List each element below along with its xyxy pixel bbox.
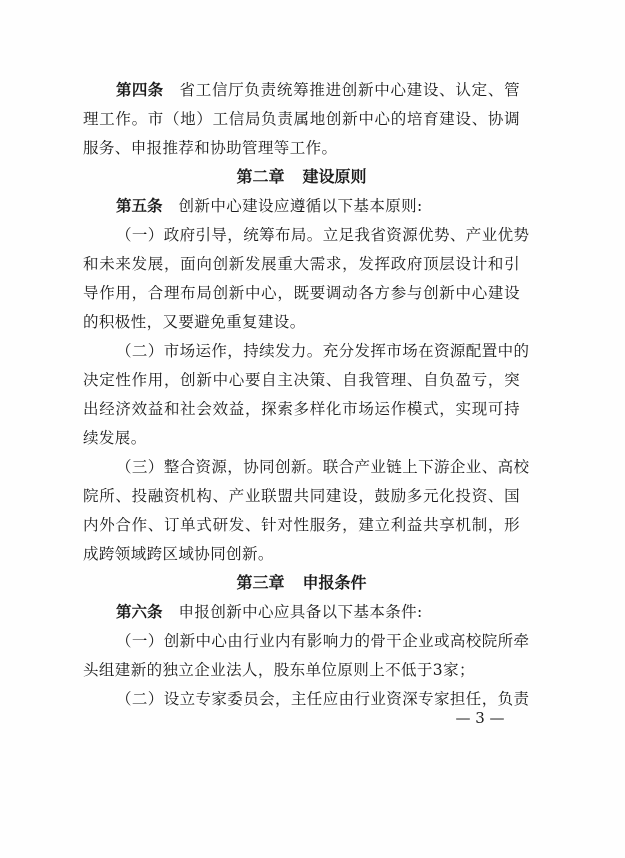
- principle-2-line-4: 续发展。: [83, 424, 520, 452]
- condition-1-line-1: （一）创新中心由行业内有影响力的骨干企业或高校院所牵: [116, 627, 520, 655]
- principle-1-line-1: （一）政府引导，统筹布局。立足我省资源优势、产业优势: [116, 221, 520, 249]
- document-page: 第四条省工信厅负责统筹推进创新中心建设、认定、管 理工作。市（地）工信局负责属地…: [0, 0, 625, 858]
- principle-1-line-4: 的积极性，又要避免重复建设。: [83, 308, 520, 336]
- page-number: — 3 —: [450, 706, 510, 730]
- chapter-2-heading: 第二章建设原则: [83, 163, 520, 191]
- article-4-line-3: 服务、申报推荐和协助管理等工作。: [83, 134, 520, 162]
- principle-2-line-1: （二）市场运作，持续发力。充分发挥市场在资源配置中的: [116, 337, 520, 365]
- article-5-line-1: 第五条创新中心建设应遵循以下基本原则:: [116, 192, 520, 220]
- article-4-line-1: 第四条省工信厅负责统筹推进创新中心建设、认定、管: [116, 76, 520, 104]
- article-label: 第四条: [116, 81, 164, 99]
- principle-1-line-2: 和未来发展，面向创新发展重大需求，发挥政府顶层设计和引: [83, 250, 520, 278]
- principle-2-line-2: 决定性作用，创新中心要自主决策、自我管理、自负盈亏，突: [83, 366, 520, 394]
- chapter-3-heading: 第三章申报条件: [83, 569, 520, 597]
- principle-3-line-2: 院所、投融资机构、产业联盟共同建设，鼓励多元化投资、国: [83, 482, 520, 510]
- article-label: 第六条: [116, 603, 163, 621]
- condition-1-line-2: 头组建新的独立企业法人，股东单位原则上不低于3家；: [83, 656, 520, 684]
- principle-3-line-4: 成跨领域跨区域协同创新。: [83, 540, 520, 568]
- principle-3-line-3: 内外合作、订单式研发、针对性服务，建立利益共享机制，形: [83, 511, 520, 539]
- principle-1-line-3: 导作用，合理布局创新中心，既要调动各方参与创新中心建设: [83, 279, 520, 307]
- article-6-line-1: 第六条申报创新中心应具备以下基本条件:: [116, 598, 520, 626]
- principle-2-line-3: 出经济效益和社会效益，探索多样化市场运作模式，实现可持: [83, 395, 520, 423]
- article-label: 第五条: [116, 197, 163, 215]
- article-4-line-2: 理工作。市（地）工信局负责属地创新中心的培育建设、协调: [83, 105, 520, 133]
- principle-3-line-1: （三）整合资源，协同创新。联合产业链上下游企业、高校: [116, 453, 520, 481]
